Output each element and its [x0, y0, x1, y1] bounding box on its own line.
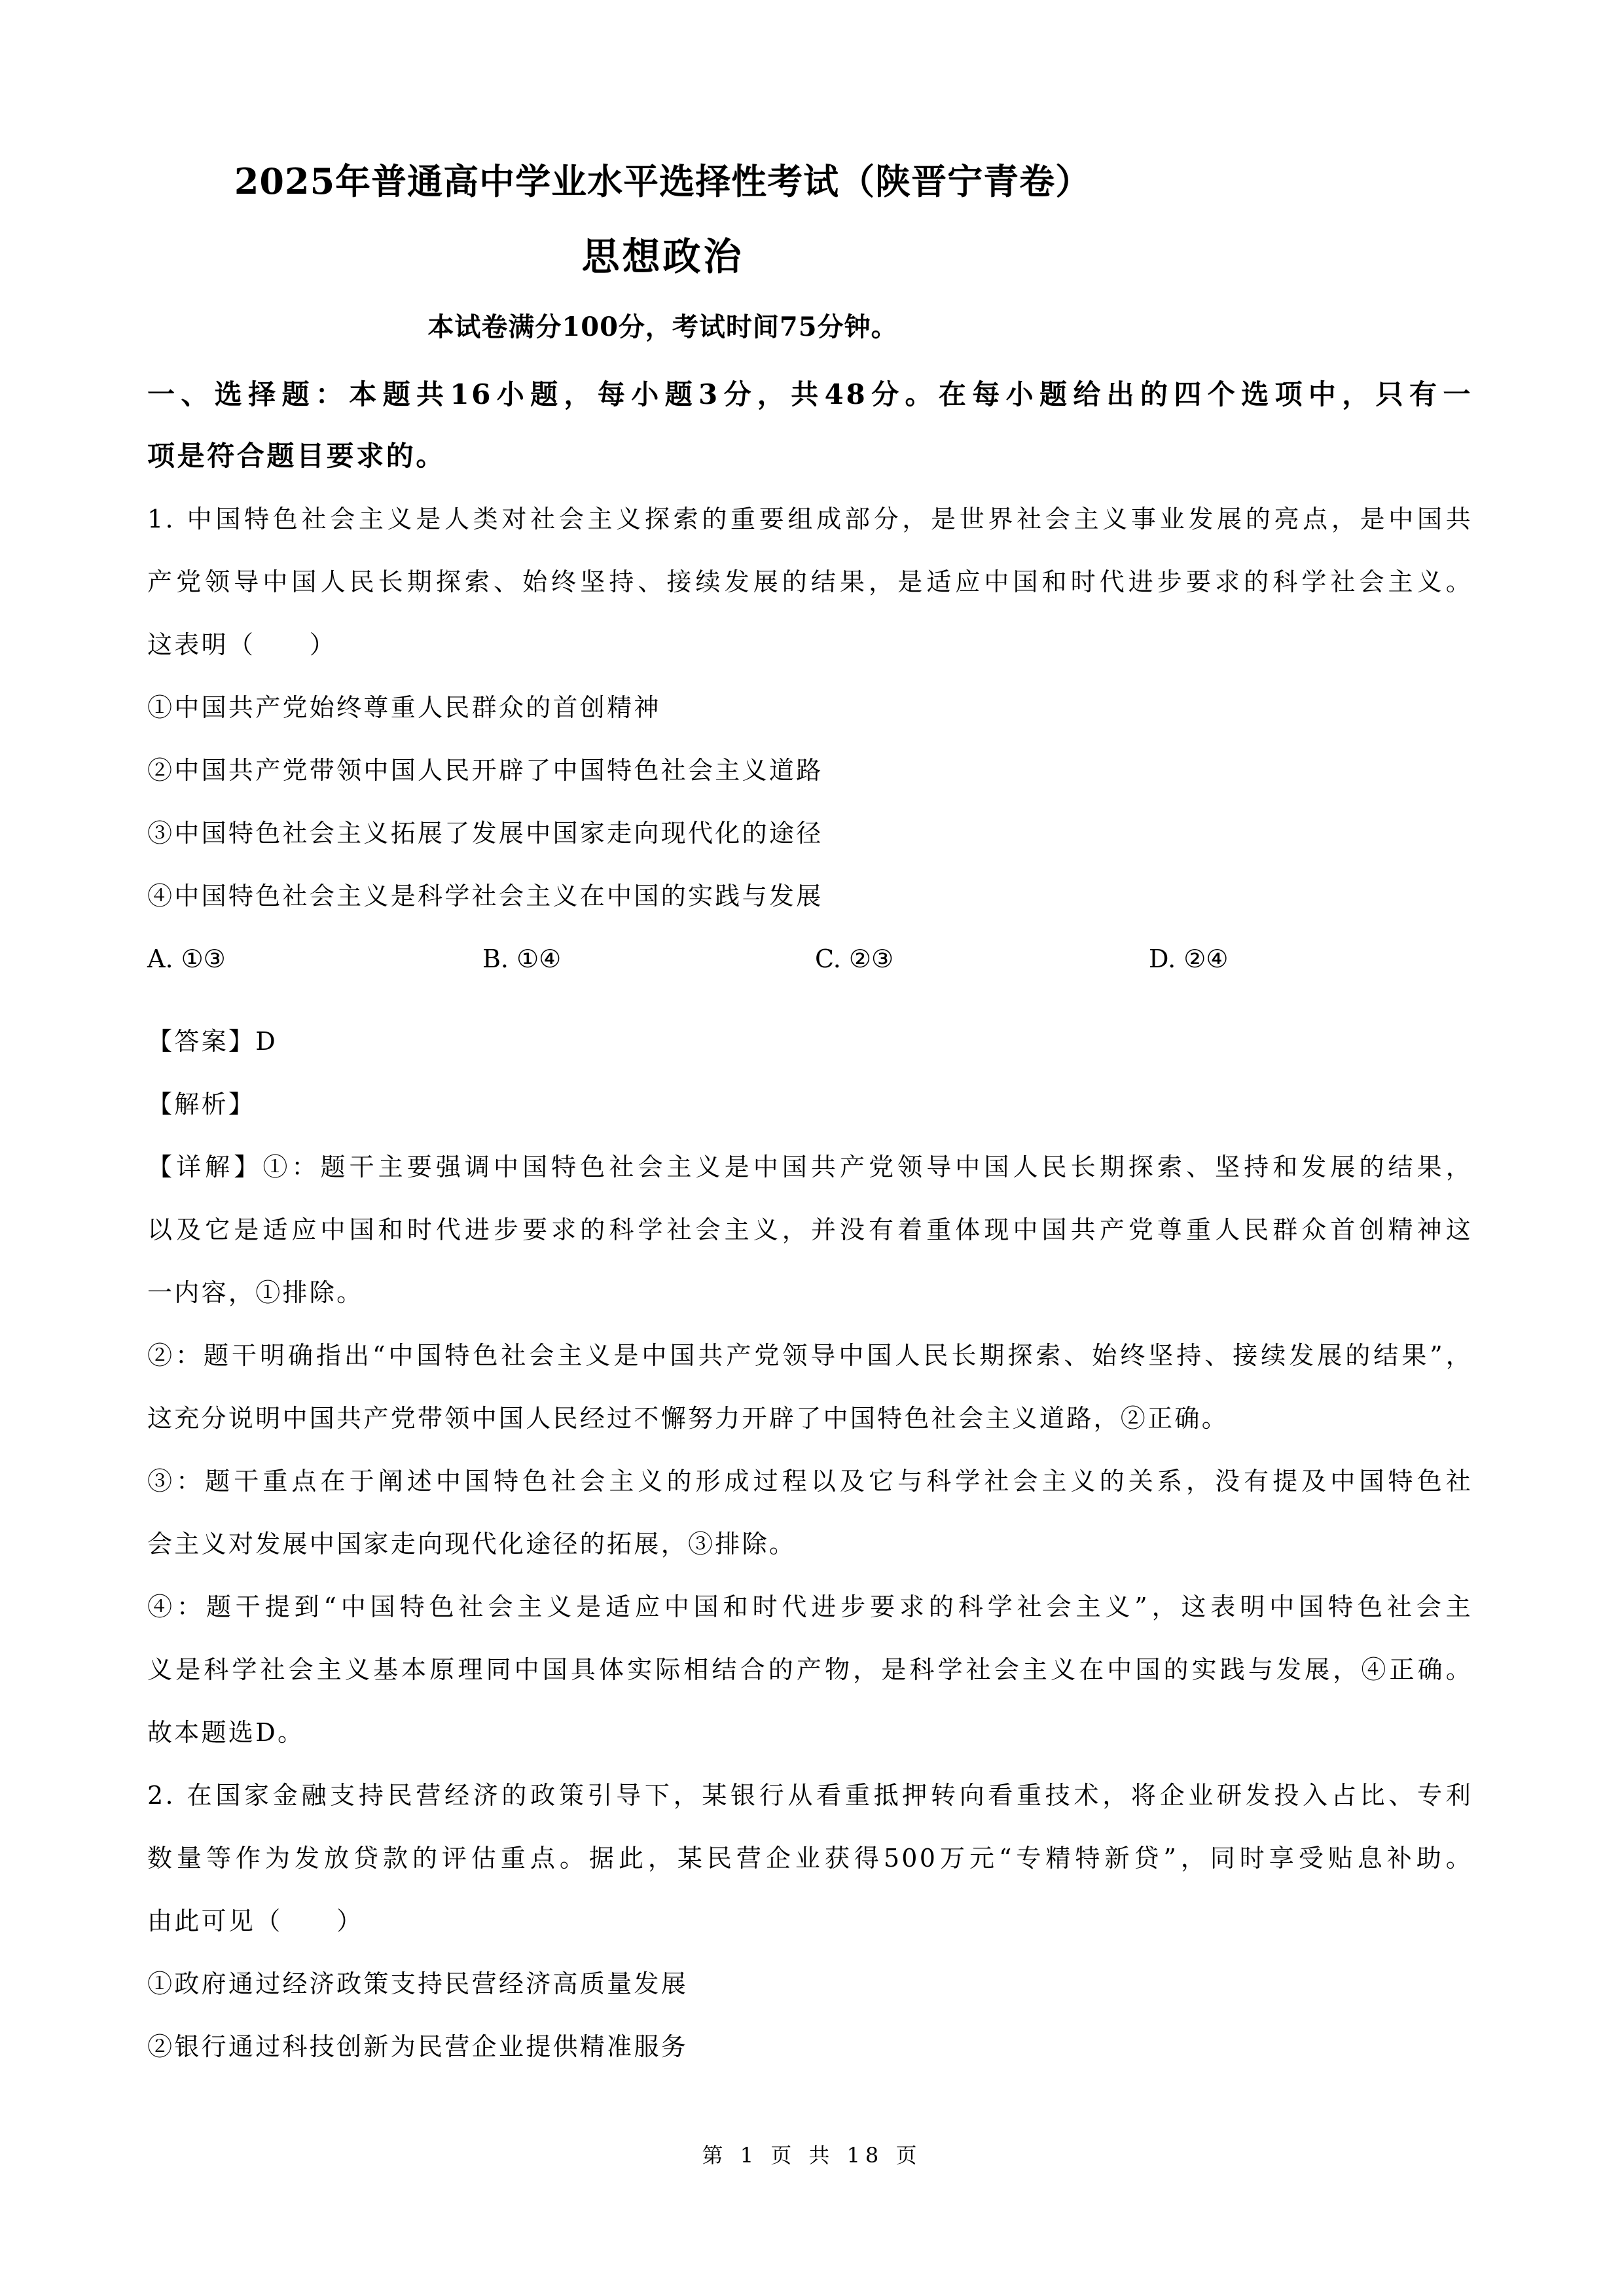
q1-stem-line1: 1. 中国特色社会主义是人类对社会主义探索的重要组成部分，是世界社会主义事业发展… — [147, 503, 1473, 535]
q1-answer: 【答案】D — [147, 1025, 1473, 1058]
q1-explanation-line10: 故本题选D。 — [147, 1716, 1473, 1749]
q1-explanation-line6: ③：题干重点在于阐述中国特色社会主义的形成过程以及它与科学社会主义的关系，没有提… — [147, 1465, 1473, 1498]
q1-explanation-line9: 义是科学社会主义基本原理同中国具体实际相结合的产物，是科学社会主义在中国的实践与… — [147, 1653, 1473, 1686]
q2-stem-line1: 2. 在国家金融支持民营经济的政策引导下，某银行从看重抵押转向看重技术，将企业研… — [147, 1779, 1473, 1812]
page-indicator: 第 1 页 共 18 页 — [0, 2139, 1624, 2169]
q1-explanation-line3: 一内容，①排除。 — [147, 1276, 1473, 1309]
q1-explanation-line5: 这充分说明中国共产党带领中国人民经过不懈努力开辟了中国特色社会主义道路，②正确。 — [147, 1402, 1473, 1435]
q2-stem-line3: 由此可见（ ） — [147, 1905, 1473, 1937]
q1-stem-line3: 这表明（ ） — [147, 628, 1473, 661]
q1-statement-4: ④中国特色社会主义是科学社会主义在中国的实践与发展 — [147, 880, 1473, 912]
subject-title: 思想政治 — [0, 226, 1326, 281]
q1-statement-3: ③中国特色社会主义拓展了发展中国家走向现代化的途径 — [147, 817, 1473, 850]
q1-option-b: B. ①④ — [482, 942, 561, 975]
q1-explanation-line8: ④：题干提到“中国特色社会主义是适应中国和时代进步要求的科学社会主义”，这表明中… — [147, 1590, 1473, 1623]
q1-option-a: A. ①③ — [147, 942, 226, 975]
q1-explanation-line7: 会主义对发展中国家走向现代化途径的拓展，③排除。 — [147, 1528, 1473, 1560]
q1-analysis-label: 【解析】 — [147, 1088, 1473, 1121]
q1-explanation-line1: 【详解】①：题干主要强调中国特色社会主义是中国共产党领导中国人民长期探索、坚持和… — [147, 1151, 1473, 1183]
section-heading-line1: 一、选择题：本题共16小题，每小题3分，共48分。在每小题给出的四个选项中，只有… — [147, 378, 1473, 411]
q2-statement-1: ①政府通过经济政策支持民营经济高质量发展 — [147, 1967, 1473, 2000]
q1-explanation-line4: ②：题干明确指出“中国特色社会主义是中国共产党领导中国人民长期探索、始终坚持、接… — [147, 1339, 1473, 1372]
q2-stem-line2: 数量等作为发放贷款的评估重点。据此，某民营企业获得500万元“专精特新贷”，同时… — [147, 1842, 1473, 1874]
exam-info: 本试卷满分100分，考试时间75分钟。 — [0, 306, 1326, 344]
q2-statement-2: ②银行通过科技创新为民营企业提供精准服务 — [147, 2030, 1473, 2063]
q1-explanation-line2: 以及它是适应中国和时代进步要求的科学社会主义，并没有着重体现中国共产党尊重人民群… — [147, 1213, 1473, 1246]
q1-option-c: C. ②③ — [815, 942, 893, 975]
q1-option-d: D. ②④ — [1149, 942, 1228, 975]
q1-stem-line2: 产党领导中国人民长期探索、始终坚持、接续发展的结果，是适应中国和时代进步要求的科… — [147, 565, 1473, 598]
exam-title: 2025年普通高中学业水平选择性考试（陕晋宁青卷） — [0, 154, 1326, 204]
q1-statement-2: ②中国共产党带领中国人民开辟了中国特色社会主义道路 — [147, 754, 1473, 787]
section-heading-line2: 项是符合题目要求的。 — [147, 440, 1473, 473]
q1-statement-1: ①中国共产党始终尊重人民群众的首创精神 — [147, 691, 1473, 724]
